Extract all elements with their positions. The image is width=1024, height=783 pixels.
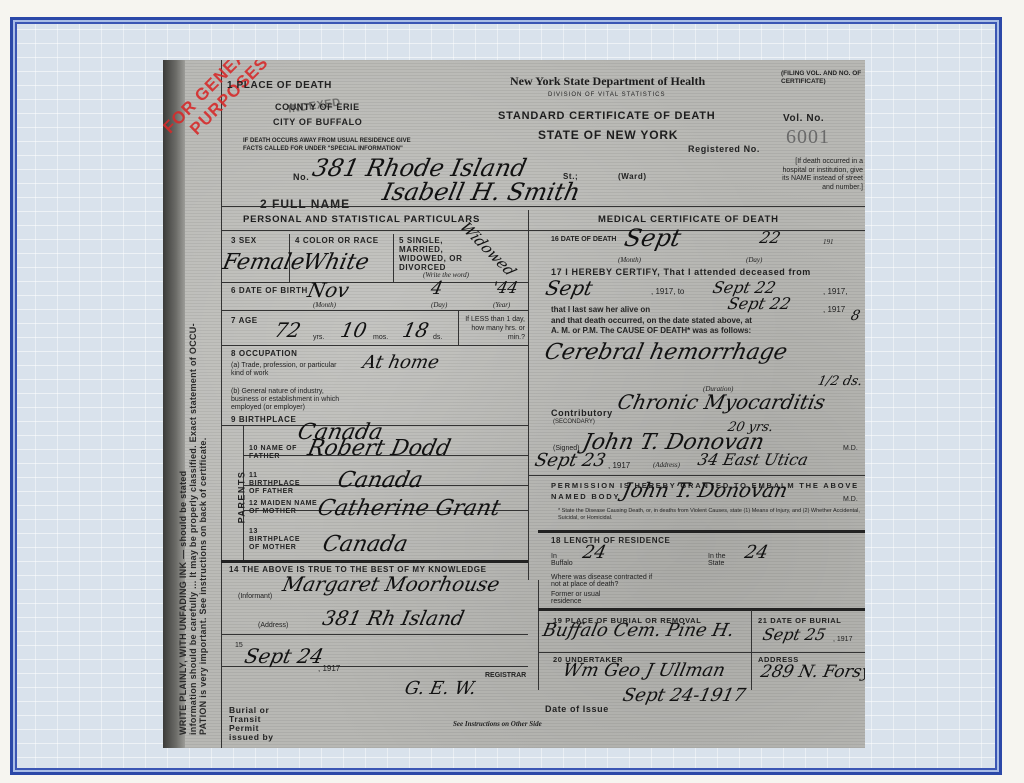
away-note-1: IF DEATH OCCURS AWAY FROM USUAL RESIDENC… [243,138,411,144]
dod-day-label: (Day) [746,256,762,264]
mother-name-label: 12 MAIDEN NAME OF MOTHER [249,500,319,516]
city-label: CITY OF BUFFALO [273,117,362,127]
former-residence-label: Former or usual residence [551,591,611,605]
burial-date: Sept 25 [761,625,828,644]
department-title: New York State Department of Health [510,74,705,89]
embalm-md-label: M.D. [843,496,858,503]
date-of-death-day: 22 [758,228,782,247]
cause-label: A. M. or P.M. The CAUSE OF DEATH* was as… [551,326,751,335]
no-label: No. [293,172,309,182]
date-of-issue-label: Date of Issue [545,704,609,714]
contributory-cause: Chronic Myocarditis [615,390,827,414]
years-label: yrs. [313,334,324,341]
certificate-title: STANDARD CERTIFICATE OF DEATH [498,110,716,122]
dob-year: '44 [491,278,520,297]
dob-day-label: (Day) [431,301,447,309]
full-name-label: 2 FULL NAME [260,197,350,211]
attended-from: Sept [543,276,594,300]
physician-address-label: (Address) [653,461,680,469]
informant-name: Margaret Moorhouse [280,572,502,596]
informant-address: 381 Rh Island [320,606,466,630]
contracted-label: Where was disease contracted if not at p… [551,574,661,588]
sex-value: Female [220,250,306,275]
cause-footnote: * State the Disease Causing Death, or, i… [558,508,863,522]
away-note-2: FACTS CALLED FOR UNDER "SPECIAL INFORMAT… [243,146,403,152]
contributory-label: Contributory [551,408,613,418]
undertaker-name: Wm Geo J Ullman [561,660,727,681]
dob-year-label: (Year) [493,301,510,309]
embalm-signature: John T. Donovan [620,478,790,502]
in-buffalo-label: In Buffalo [551,553,571,567]
death-certificate: WRITE PLAINLY, WITH UNFADING INK — shoul… [163,60,865,748]
last-saw-label: that I last saw her alive on [551,305,650,314]
date-of-issue: Sept 24-1917 [621,685,748,706]
informant-label: (Informant) [238,593,272,600]
cause-duration: 1/2 ds. [816,374,863,389]
full-name-value: Isabell H. Smith [380,178,583,206]
occupation-b-label: (b) General nature of industry, business… [231,388,341,412]
months-label: mos. [373,334,388,341]
attended-to-year: , 1917, [823,287,847,296]
age-years: 72 [272,318,303,342]
filing-note: (FILING VOL. AND NO. OF CERTIFICATE) [781,70,863,86]
medical-section-title: MEDICAL CERTIFICATE OF DEATH [598,214,779,225]
vol-no-label: Vol. No. [783,113,824,124]
informant-address-label: (Address) [258,622,288,629]
filed-label: 15 [235,642,243,649]
ward-label: (Ward) [618,172,647,181]
sex-label: 3 SEX [231,236,257,245]
last-saw-date: Sept 22 [726,294,793,313]
permit-label: Burial or Transit Permit issued by [229,706,279,742]
residence-label: 18 LENGTH OF RESIDENCE [551,536,670,545]
dod-month-label: (Month) [618,256,641,264]
side-instructions: WRITE PLAINLY, WITH UNFADING INK — shoul… [178,175,208,735]
father-name-label: 10 NAME OF FATHER [249,445,304,461]
days-label: ds. [433,334,442,341]
hospital-note: [If death occurred in a hospital or inst… [775,158,863,192]
burial-date-label: 21 DATE OF BURIAL [758,616,841,625]
attended-from-year: , 1917, to [651,287,684,296]
instructions-note: See Instructions on Other Side [453,720,542,728]
vol-no-value: 6001 [786,126,830,149]
state-years: 24 [743,542,770,563]
age-label: 7 AGE [231,316,258,325]
undertaker-address: 289 N. Forsyth [759,662,865,682]
race-value: White [300,250,371,275]
burial-place: Buffalo Cem. Pine H. [541,620,736,641]
mother-name-value: Catherine Grant [315,496,502,521]
father-birthplace-value: Canada [335,468,425,493]
race-label: 4 COLOR OR RACE [295,236,379,245]
dob-month: Nov [305,278,351,302]
genealogical-stamp: FOR GENEALOGICAL PURPOSES ONLY [163,60,341,168]
buffalo-years: 24 [581,542,608,563]
occurred-label: and that death occurred, on the date sta… [551,316,752,325]
father-name-value: Robert Dodd [305,436,453,461]
birthplace-label: 9 BIRTHPLACE [231,415,296,424]
registrar-initials: G. E. W. [403,678,478,699]
place-of-death-label: 1 PLACE OF DEATH [227,80,332,91]
signed-year: , 1917 [608,461,630,470]
last-saw-year: , 1917 [823,305,845,314]
date-of-death-label: 16 DATE OF DEATH [551,236,616,243]
occupation-value: At home [361,352,441,373]
date-of-death-year: 191 [823,238,834,246]
county-label: COUNTY OF ERIE [275,102,360,112]
mother-birthplace-value: Canada [320,532,410,557]
marital-sub-label: (Write the word) [423,271,469,279]
filed-year: , 1917 [318,664,340,673]
in-state-label: In the State [708,553,738,567]
personal-section-title: PERSONAL AND STATISTICAL PARTICULARS [243,214,480,225]
mother-birthplace-label: 13 BIRTHPLACE OF MOTHER [249,528,311,552]
age-months: 10 [338,318,369,342]
occupation-label: 8 OCCUPATION [231,349,297,358]
dob-month-label: (Month) [313,301,336,309]
death-hour: 8 [849,308,861,324]
burial-date-year: , 1917 [833,636,852,643]
filed-date: Sept 24 [242,644,325,668]
physician-address: 34 East Utica [696,450,810,469]
secondary-label: (SECONDARY) [553,419,595,425]
dob-label: 6 DATE OF BIRTH [231,286,308,295]
md-label: M.D. [843,445,858,452]
state-title: STATE OF NEW YORK [538,128,678,142]
signed-date: Sept 23 [533,450,608,471]
father-birthplace-label: 11 BIRTHPLACE OF FATHER [249,472,311,496]
registered-no-label: Registered No. [688,144,760,154]
occupation-a-label: (a) Trade, profession, or particular kin… [231,362,341,378]
cause-of-death: Cerebral hemorrhage [542,340,789,365]
age-days: 18 [400,318,431,342]
less-than-day-note: If LESS than 1 day, how many hrs. or min… [463,315,525,342]
parents-label: PARENTS [236,471,246,524]
division-label: DIVISION OF VITAL STATISTICS [548,92,665,98]
registrar-label: REGISTRAR [485,672,526,679]
date-of-death-month: Sept [622,224,684,252]
